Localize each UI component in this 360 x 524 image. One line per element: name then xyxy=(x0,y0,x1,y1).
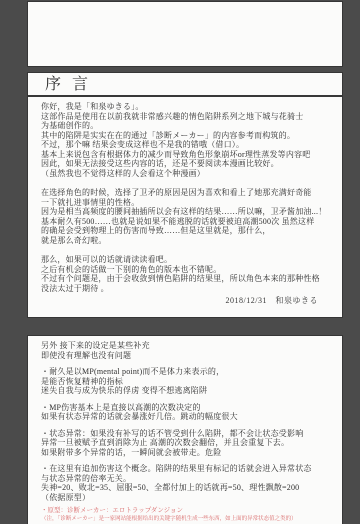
appendix-panel: 另外 接下来的设定是某些补充即使没有理解也没有问题 ・耐久是以MP(mental… xyxy=(28,336,342,524)
text-line: 是能否恢复精神的指标 xyxy=(41,377,332,387)
text-line: 在选择角色的时候，选择了卫矛的原因是因为喜欢和看上了她那充满好奇能 xyxy=(41,188,332,198)
text-line: 一下就扎进事情里的性格。 xyxy=(41,198,332,208)
text-line: 没法太过于期待 。 xyxy=(41,284,332,294)
preface-paragraph: 你好，我是「和泉ゆきる」。这部作品是使用在以前我就非常感兴趣的情色陷阱系列之地下… xyxy=(41,102,332,178)
text-line: 基本上来说包含有根据体力的减少而导致角色形象崩坏or理性蒸发等内容吧 xyxy=(41,150,332,160)
text-line: 另外 接下来的设定是某些补充 xyxy=(41,341,332,351)
text-line: 就是那么奇幻啦。 xyxy=(41,236,332,246)
text-line: 因此，如果无法接受这些内容的话，还是不要阅读本漫画比较好。 xyxy=(41,159,332,169)
text-line: 异常一旦被赋予直到消除为止 高潮的次数会翻倍，并且会重复下去。 xyxy=(41,438,332,448)
text-line: 迷失自我与成为快乐的俘虏 变得不想逃离陷阱 xyxy=(41,386,332,396)
text-line: ・状态异常：如果没有补写的话不管受到什么陷阱，都不会让状态受影响 xyxy=(41,429,332,439)
appendix-intro: 另外 接下来的设定是某些补充即使没有理解也没有问题 xyxy=(41,341,332,360)
text-line: 与状态异常的倍率无关。 xyxy=(41,474,332,484)
text-line: ・耐久是以MP(mental point)而不是体力来表示的， xyxy=(41,367,332,377)
date-credit: 2018/12/31 和泉ゆきる xyxy=(41,295,332,306)
text-line: 其中的陷阱是实实在在的通过「診断メーカー」的内容参考而构筑的。 xyxy=(41,131,332,141)
text-line: 基本耐久有500……也就是说如果不能逃脱的话就要被迫高潮500次 虽然这样 xyxy=(41,217,332,227)
appendix-body: 另外 接下来的设定是某些补充即使没有理解也没有问题 ・耐久是以MP(mental… xyxy=(28,336,342,502)
text-line: 你好，我是「和泉ゆきる」。 xyxy=(41,102,332,112)
preface-body: 你好，我是「和泉ゆきる」。这部作品是使用在以前我就非常感兴趣的情色陷阱系列之地下… xyxy=(28,97,342,306)
preface-paragraph: 那么，如果可以的话就请读读看吧。之后有机会的话做一下别的角色的版本也不错呢。不过… xyxy=(41,255,332,293)
translator-note: （注，「诊断メーカー」是一家网站能根据给出的关键字随机生成一些东西，如上面的异常… xyxy=(41,515,334,523)
red-notes-block: ・原型：诊断メーカー：エロトラップダンジョン （注，「诊断メーカー」是一家网站能… xyxy=(28,502,342,523)
blank-top-panel xyxy=(28,2,342,66)
text-line: （依据原型） xyxy=(41,493,332,503)
origin-note: ・原型：诊断メーカー：エロトラップダンジョン xyxy=(41,506,334,515)
text-line: 为基础创作的。 xyxy=(41,121,332,131)
text-line: ・在这里有追加伤害这个概念。陷阱的结果里有标记的话就会进入异常状态 xyxy=(41,464,332,474)
text-line: 如果附带多个异常的话，一瞬间就会被带走。危险 xyxy=(41,448,332,458)
text-line: 如果有状态异常的话就会暴涨好几倍。跳动的幅度很大 xyxy=(41,412,332,422)
text-line: 不过，那个嘛 结果会变成这样也不是我的错哦（借口）。 xyxy=(41,140,332,150)
text-line: 失神=20、败北=35、屈服=50、全都付加上的话就再=50、理性飘散=200 xyxy=(41,483,332,493)
text-line: 那么，如果可以的话就请读读看吧。 xyxy=(41,255,332,265)
page-title: 序言 xyxy=(45,76,342,94)
text-line: 不过有个问题是，由于会收敛到情色陷阱的结果里，所以角色本来的那种性格 xyxy=(41,274,332,284)
preface-panel: 序言 你好，我是「和泉ゆきる」。这部作品是使用在以前我就非常感兴趣的情色陷阱系列… xyxy=(28,73,342,317)
text-line: 之后有机会的话做一下别的角色的版本也不错呢。 xyxy=(41,265,332,275)
preface-paragraph: 在选择角色的时候，选择了卫矛的原因是因为喜欢和看上了她那充满好奇能一下就扎进事情… xyxy=(41,188,332,245)
text-line: ・MP伤害基本上是直接以高潮的次数决定的 xyxy=(41,403,332,413)
text-line: 因为是相当高频度的腰间抽插所以会有这样的结果……所以嘛，卫矛酱加油...！ xyxy=(41,207,332,217)
appendix-bullet-bonus-damage: ・在这里有追加伤害这个概念。陷阱的结果里有标记的话就会进入异常状态与状态异常的倍… xyxy=(41,464,332,502)
scanned-page: 序言 你好，我是「和泉ゆきる」。这部作品是使用在以前我就非常感兴趣的情色陷阱系列… xyxy=(0,0,360,524)
text-line: 即使没有理解也没有问题 xyxy=(41,351,332,361)
text-line: （虽然我也不觉得这样的人会看这个种漫画） xyxy=(41,169,332,179)
appendix-bullet-durability: ・耐久是以MP(mental point)而不是体力来表示的，是能否恢复精神的指… xyxy=(41,367,332,396)
text-line: 的确是会受到物理上的伤害而导致……但是这里就是，那什么， xyxy=(41,226,332,236)
text-line: 这部作品是使用在以前我就非常感兴趣的情色陷阱系列之地下城与花骑士 xyxy=(41,112,332,122)
appendix-bullet-mp-damage: ・MP伤害基本上是直接以高潮的次数决定的如果有状态异常的话就会暴涨好几倍。跳动的… xyxy=(41,403,332,422)
appendix-bullet-status-abnormal: ・状态异常：如果没有补写的话不管受到什么陷阱，都不会让状态受影响异常一旦被赋予直… xyxy=(41,429,332,458)
